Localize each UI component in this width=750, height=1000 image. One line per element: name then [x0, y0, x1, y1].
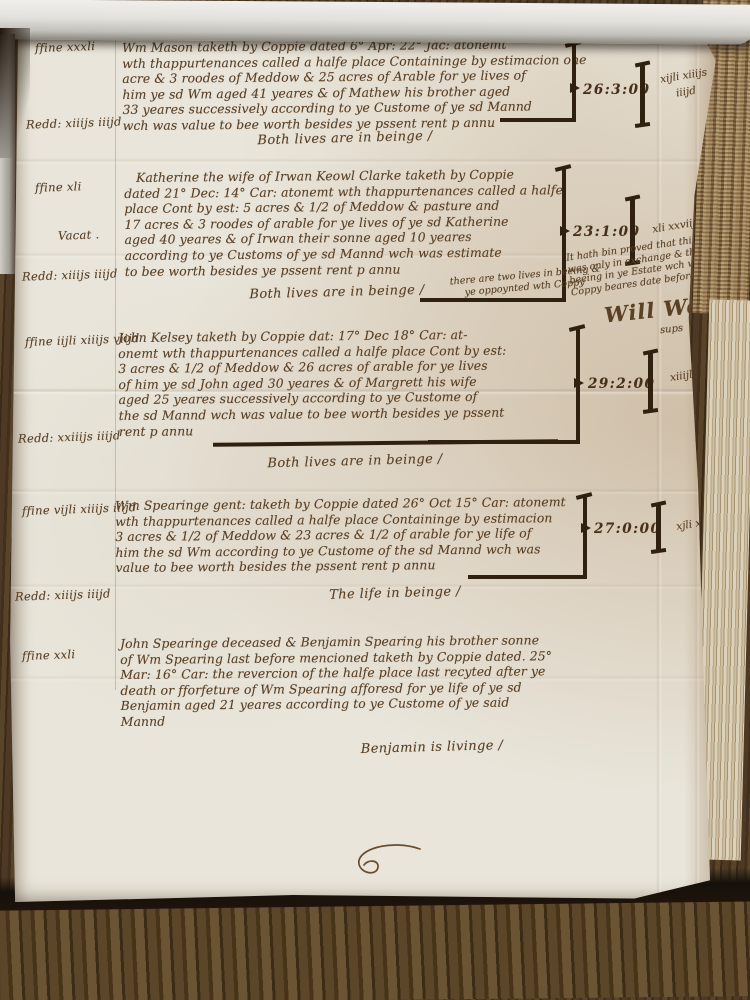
rolled-page-top — [0, 0, 750, 45]
signature-subscript: sups — [659, 323, 683, 336]
margin-redd-note: Redd: xxiiijs iiijd — [18, 428, 121, 446]
bracket-arrow-icon — [581, 523, 591, 533]
fold-crease-vertical — [694, 30, 700, 902]
fold-crease — [8, 158, 720, 165]
margin-rule — [115, 30, 116, 690]
bracket-corner — [468, 496, 587, 579]
manuscript-page: ffine xxxli Redd: xiiijs iiijd Wm Mason … — [8, 30, 720, 902]
bracket-corner — [500, 44, 576, 122]
entry-footer: Both lives are in beinge / — [235, 451, 475, 472]
margin-redd-note: Redd: xiiijs iiijd — [15, 586, 111, 603]
valuation-amount: 27:0:00 — [594, 521, 661, 537]
wood-table — [0, 894, 750, 1000]
ink-bar-icon — [656, 504, 661, 550]
bracket-corner — [428, 328, 580, 444]
fold-crease-vertical — [656, 30, 662, 902]
bracket-arrow-icon — [560, 226, 570, 236]
bottom-flourish-icon — [348, 842, 424, 886]
entry-body: John Spearinge deceased & Benjamin Spear… — [120, 632, 553, 729]
fold-crease — [8, 488, 720, 495]
manuscript-photo: ffine xxxli Redd: xiiijs iiijd Wm Mason … — [0, 0, 750, 1000]
bracket-arrow-icon — [574, 378, 584, 388]
bracket-arrow-icon — [570, 83, 580, 93]
margin-redd-note: Redd: xiiijs iiijd — [22, 266, 118, 283]
margin-redd-note: Redd: xiiijs iiijd — [26, 114, 122, 131]
ink-bar-icon — [648, 352, 653, 410]
book-gutter-shadow — [0, 28, 30, 158]
valuation-amount: 29:2:00 — [588, 376, 655, 392]
fine-sum: xijli xiiijs — [659, 66, 708, 85]
fine-sum: xiiijli — [669, 368, 697, 384]
margin-fine-note: ffine xli — [35, 179, 82, 195]
margin-fine-note: ffine xxli — [22, 647, 76, 663]
margin-fine-note: ffine xxxli — [35, 39, 96, 55]
entry-footer: Benjamin is livinge / — [332, 737, 532, 757]
margin-vacat-note: Vacat . — [58, 227, 100, 242]
ink-bar-icon — [640, 64, 645, 124]
